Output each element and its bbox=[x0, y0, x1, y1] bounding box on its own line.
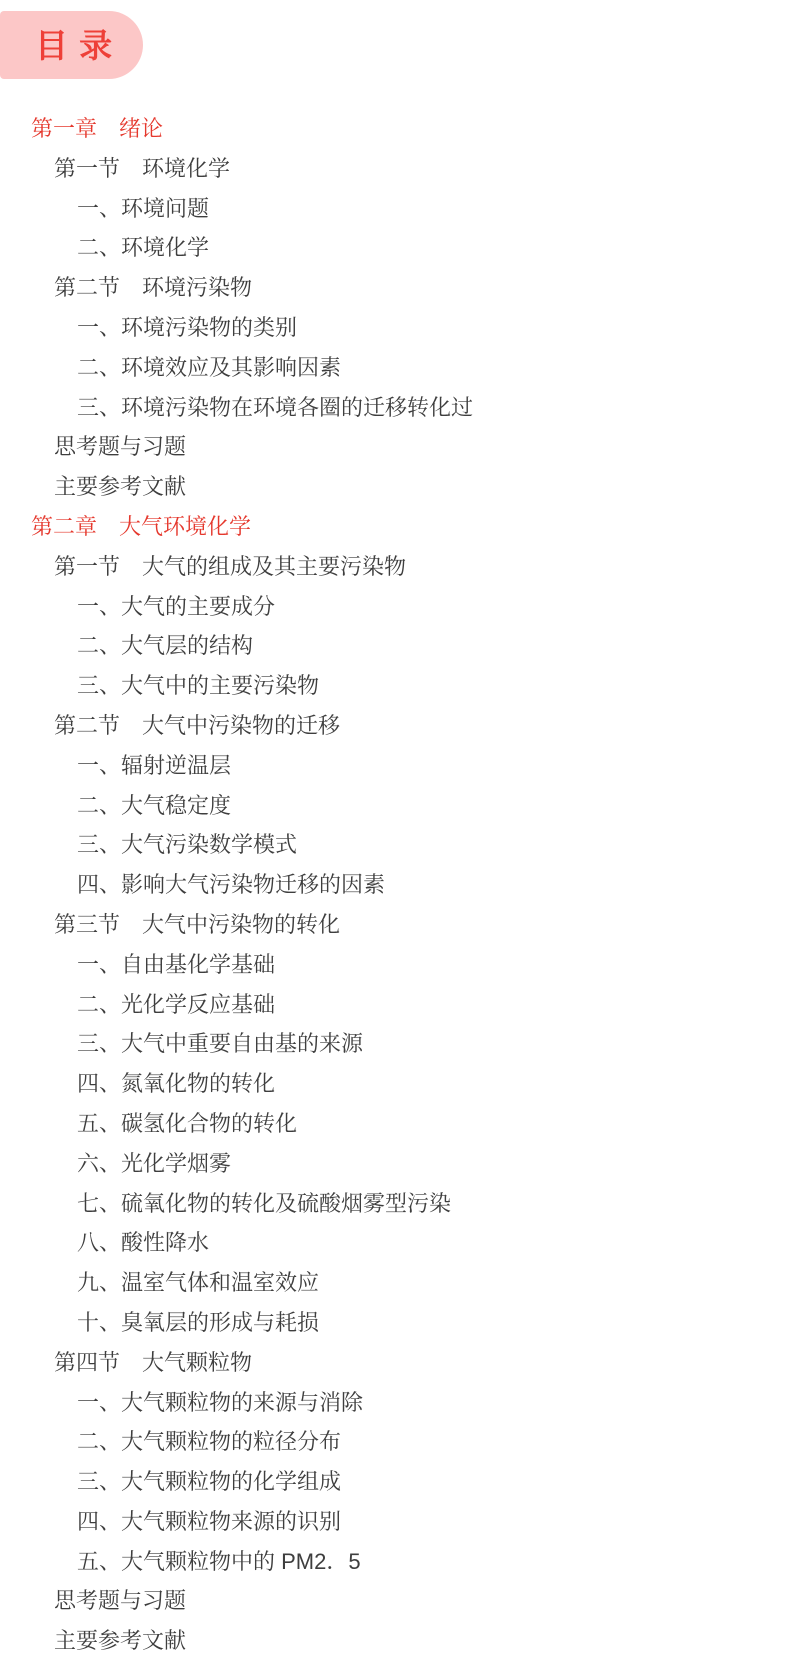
toc-entry[interactable]: 一、大气颗粒物的来源与消除 bbox=[0, 1383, 790, 1423]
toc-entry-chapter[interactable]: 第一章 绪论 bbox=[0, 109, 790, 149]
toc-entry-section[interactable]: 主要参考文献 bbox=[0, 467, 790, 507]
toc-entry[interactable]: 二、大气稳定度 bbox=[0, 786, 790, 826]
toc-entry-section[interactable]: 第三节 大气中污染物的转化 bbox=[0, 905, 790, 945]
toc-entry[interactable]: 十、臭氧层的形成与耗损 bbox=[0, 1303, 790, 1343]
toc-entry-section[interactable]: 主要参考文献 bbox=[0, 1621, 790, 1661]
toc-entry[interactable]: 二、环境效应及其影响因素 bbox=[0, 348, 790, 388]
toc-entry[interactable]: 一、自由基化学基础 bbox=[0, 945, 790, 985]
toc-list: 第一章 绪论 第一节 环境化学 一、环境问题 二、环境化学 第二节 环境污染物 … bbox=[0, 109, 790, 1661]
toc-entry[interactable]: 一、环境污染物的类别 bbox=[0, 308, 790, 348]
toc-entry[interactable]: 六、光化学烟雾 bbox=[0, 1144, 790, 1184]
toc-entry-section[interactable]: 第二节 环境污染物 bbox=[0, 268, 790, 308]
toc-entry[interactable]: 二、环境化学 bbox=[0, 228, 790, 268]
toc-entry[interactable]: 三、大气污染数学模式 bbox=[0, 825, 790, 865]
toc-entry[interactable]: 八、酸性降水 bbox=[0, 1223, 790, 1263]
toc-entry[interactable]: 四、氮氧化物的转化 bbox=[0, 1064, 790, 1104]
toc-entry[interactable]: 三、大气颗粒物的化学组成 bbox=[0, 1462, 790, 1502]
toc-entry[interactable]: 一、辐射逆温层 bbox=[0, 746, 790, 786]
toc-entry-section[interactable]: 思考题与习题 bbox=[0, 427, 790, 467]
toc-entry[interactable]: 二、光化学反应基础 bbox=[0, 985, 790, 1025]
toc-entry[interactable]: 五、碳氢化合物的转化 bbox=[0, 1104, 790, 1144]
toc-entry[interactable]: 四、影响大气污染物迁移的因素 bbox=[0, 865, 790, 905]
toc-entry[interactable]: 五、大气颗粒物中的 PM2．5 bbox=[0, 1542, 790, 1582]
toc-entry[interactable]: 三、大气中的主要污染物 bbox=[0, 666, 790, 706]
toc-entry[interactable]: 九、温室气体和温室效应 bbox=[0, 1263, 790, 1303]
toc-header-pill: 目 录 bbox=[0, 11, 143, 79]
toc-entry-section[interactable]: 第一节 环境化学 bbox=[0, 149, 790, 189]
toc-entry-section[interactable]: 第二节 大气中污染物的迁移 bbox=[0, 706, 790, 746]
toc-entry-section[interactable]: 第四节 大气颗粒物 bbox=[0, 1343, 790, 1383]
page-title: 目 录 bbox=[35, 29, 113, 62]
toc-entry[interactable]: 二、大气层的结构 bbox=[0, 626, 790, 666]
toc-entry[interactable]: 二、大气颗粒物的粒径分布 bbox=[0, 1422, 790, 1462]
toc-entry[interactable]: 七、硫氧化物的转化及硫酸烟雾型污染 bbox=[0, 1184, 790, 1224]
toc-entry-chapter[interactable]: 第二章 大气环境化学 bbox=[0, 507, 790, 547]
toc-entry[interactable]: 四、大气颗粒物来源的识别 bbox=[0, 1502, 790, 1542]
toc-entry-section[interactable]: 第一节 大气的组成及其主要污染物 bbox=[0, 547, 790, 587]
toc-entry[interactable]: 一、环境问题 bbox=[0, 189, 790, 229]
toc-entry[interactable]: 三、大气中重要自由基的来源 bbox=[0, 1024, 790, 1064]
toc-entry[interactable]: 三、环境污染物在环境各圈的迁移转化过 bbox=[0, 388, 790, 428]
toc-entry-section[interactable]: 思考题与习题 bbox=[0, 1581, 790, 1621]
toc-entry[interactable]: 一、大气的主要成分 bbox=[0, 587, 790, 627]
